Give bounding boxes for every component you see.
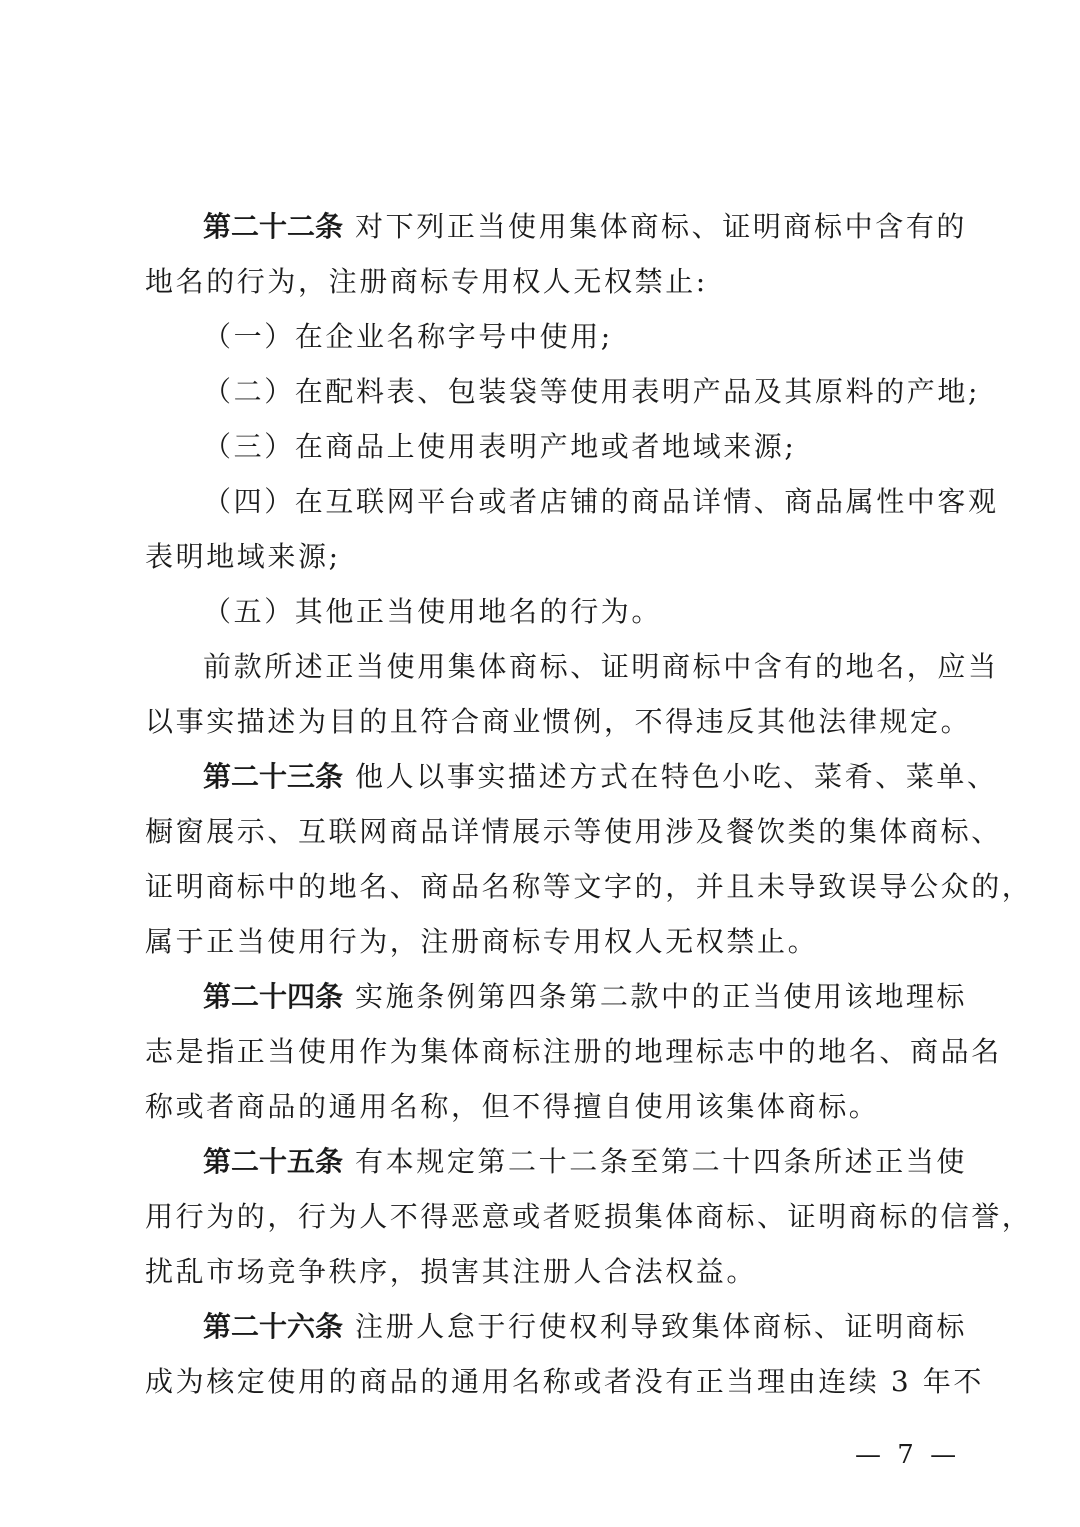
article-22-item-5: （五）其他正当使用地名的行为。 bbox=[203, 592, 1003, 632]
document-page: 第二十二条对下列正当使用集体商标、证明商标中含有的 地名的行为，注册商标专用权人… bbox=[0, 0, 1080, 1527]
article-25-line-2: 用行为的，行为人不得恶意或者贬损集体商标、证明商标的信誉， bbox=[145, 1197, 945, 1237]
article-22-item-4-cont: 表明地域来源; bbox=[145, 537, 945, 577]
article-22-line-2: 地名的行为，注册商标专用权人无权禁止: bbox=[145, 262, 945, 302]
article-24-line-2: 志是指正当使用作为集体商标注册的地理标志中的地名、商品名 bbox=[145, 1032, 945, 1072]
article-26-label: 第二十六条 bbox=[203, 1310, 343, 1343]
article-25-line-1: 第二十五条有本规定第二十二条至第二十四条所述正当使 bbox=[203, 1142, 1003, 1182]
article-24-line-3: 称或者商品的通用名称，但不得擅自使用该集体商标。 bbox=[145, 1087, 945, 1127]
article-24-line-1: 第二十四条实施条例第四条第二款中的正当使用该地理标 bbox=[203, 977, 1003, 1017]
article-25-label: 第二十五条 bbox=[203, 1145, 343, 1178]
article-22-item-1: （一）在企业名称字号中使用; bbox=[203, 317, 1003, 357]
article-23-label: 第二十三条 bbox=[203, 760, 343, 793]
article-23-line-3: 证明商标中的地名、商品名称等文字的，并且未导致误导公众的， bbox=[145, 867, 945, 907]
article-22-item-2: （二）在配料表、包装袋等使用表明产品及其原料的产地; bbox=[203, 372, 1003, 412]
article-22-line-1: 第二十二条对下列正当使用集体商标、证明商标中含有的 bbox=[203, 207, 1003, 247]
article-26-line-1: 第二十六条注册人怠于行使权利导致集体商标、证明商标 bbox=[203, 1307, 1003, 1347]
article-22-label: 第二十二条 bbox=[203, 210, 343, 243]
article-26-line-2: 成为核定使用的商品的通用名称或者没有正当理由连续 3 年不 bbox=[145, 1362, 945, 1402]
article-23-line-1: 第二十三条他人以事实描述方式在特色小吃、菜肴、菜单、 bbox=[203, 757, 1003, 797]
article-23-line-2: 橱窗展示、互联网商品详情展示等使用涉及餐饮类的集体商标、 bbox=[145, 812, 945, 852]
article-24-label: 第二十四条 bbox=[203, 980, 343, 1013]
article-25-line-3: 扰乱市场竞争秩序，损害其注册人合法权益。 bbox=[145, 1252, 945, 1292]
article-22-para-2: 前款所述正当使用集体商标、证明商标中含有的地名，应当 bbox=[203, 647, 1003, 687]
article-22-item-4: （四）在互联网平台或者店铺的商品详情、商品属性中客观 bbox=[203, 482, 1003, 522]
page-number: — 7 — bbox=[855, 1435, 960, 1475]
article-22-item-3: （三）在商品上使用表明产地或者地域来源; bbox=[203, 427, 1003, 467]
article-22-para-2-cont: 以事实描述为目的且符合商业惯例，不得违反其他法律规定。 bbox=[145, 702, 945, 742]
article-23-line-4: 属于正当使用行为，注册商标专用权人无权禁止。 bbox=[145, 922, 945, 962]
